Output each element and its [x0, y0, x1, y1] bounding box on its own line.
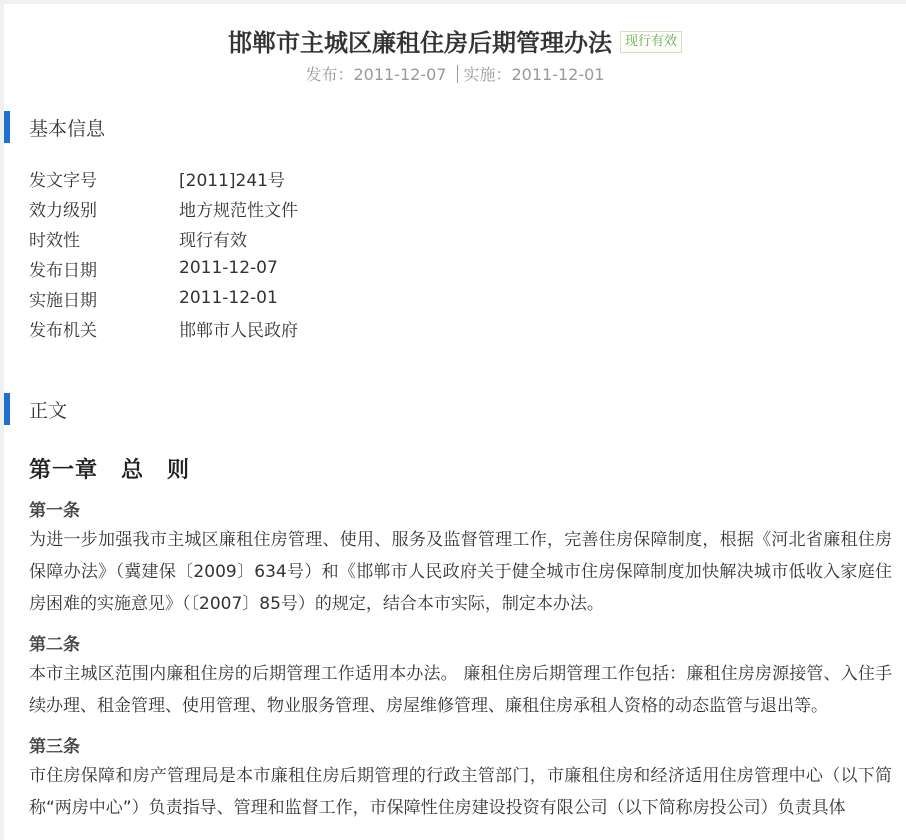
info-value: 地方规范性文件: [179, 196, 298, 221]
info-row: 效力级别 地方规范性文件: [29, 193, 906, 223]
publish-date: 发布：2011-12-07: [306, 62, 447, 85]
date-meta: 发布：2011-12-07 实施：2011-12-01: [4, 62, 906, 85]
info-row: 实施日期 2011-12-01: [29, 283, 906, 313]
info-row: 发文字号 [2011]241号: [29, 163, 906, 193]
title-row: 邯郸市主城区廉租住房后期管理办法 现行有效: [4, 22, 906, 58]
article-title: 第三条: [29, 734, 892, 760]
info-label: 发布日期: [29, 256, 179, 281]
info-row: 发布日期 2011-12-07: [29, 253, 906, 283]
section-header-body: 正文: [4, 393, 906, 425]
info-value: 现行有效: [179, 226, 247, 251]
section-title: 正文: [29, 396, 67, 423]
body-section: 正文 第一章 总 则 第一条 为进一步加强我市主城区廉租住房管理、使用、服务及监…: [4, 393, 906, 824]
info-value: 2011-12-07: [179, 258, 278, 278]
basic-info-section: 基本信息 发文字号 [2011]241号 效力级别 地方规范性文件 时效性 现行…: [4, 111, 906, 343]
info-label: 实施日期: [29, 286, 179, 311]
article-text: 本市主城区范围内廉租住房的后期管理工作适用本办法。 廉租住房后期管理工作包括：廉…: [29, 658, 892, 722]
document-header: 邯郸市主城区廉租住房后期管理办法 现行有效 发布：2011-12-07 实施：2…: [4, 4, 906, 85]
info-table: 发文字号 [2011]241号 效力级别 地方规范性文件 时效性 现行有效 发布…: [29, 163, 906, 343]
section-title: 基本信息: [29, 114, 105, 141]
chapter-title: 第一章 总 则: [29, 453, 892, 484]
section-accent-bar: [4, 111, 10, 143]
body-content: 第一章 总 则 第一条 为进一步加强我市主城区廉租住房管理、使用、服务及监督管理…: [4, 453, 906, 824]
meta-divider: [457, 65, 458, 83]
article-title: 第一条: [29, 498, 892, 524]
info-row: 时效性 现行有效: [29, 223, 906, 253]
effective-date: 实施：2011-12-01: [464, 62, 605, 85]
status-badge: 现行有效: [620, 31, 682, 53]
article-text: 为进一步加强我市主城区廉租住房管理、使用、服务及监督管理工作，完善住房保障制度，…: [29, 524, 892, 620]
info-label: 发布机关: [29, 316, 179, 341]
article-text: 市住房保障和房产管理局是本市廉租住房后期管理的行政主管部门，市廉租住房和经济适用…: [29, 760, 892, 824]
page-title: 邯郸市主城区廉租住房后期管理办法: [228, 23, 612, 58]
info-value: [2011]241号: [179, 166, 285, 191]
document-page: 邯郸市主城区廉租住房后期管理办法 现行有效 发布：2011-12-07 实施：2…: [4, 4, 906, 840]
info-label: 发文字号: [29, 166, 179, 191]
info-value: 邯郸市人民政府: [179, 316, 298, 341]
section-header-basic: 基本信息: [4, 111, 906, 143]
section-accent-bar: [4, 393, 10, 425]
info-row: 发布机关 邯郸市人民政府: [29, 313, 906, 343]
info-label: 效力级别: [29, 196, 179, 221]
info-label: 时效性: [29, 226, 179, 251]
info-value: 2011-12-01: [179, 288, 278, 308]
article-title: 第二条: [29, 632, 892, 658]
